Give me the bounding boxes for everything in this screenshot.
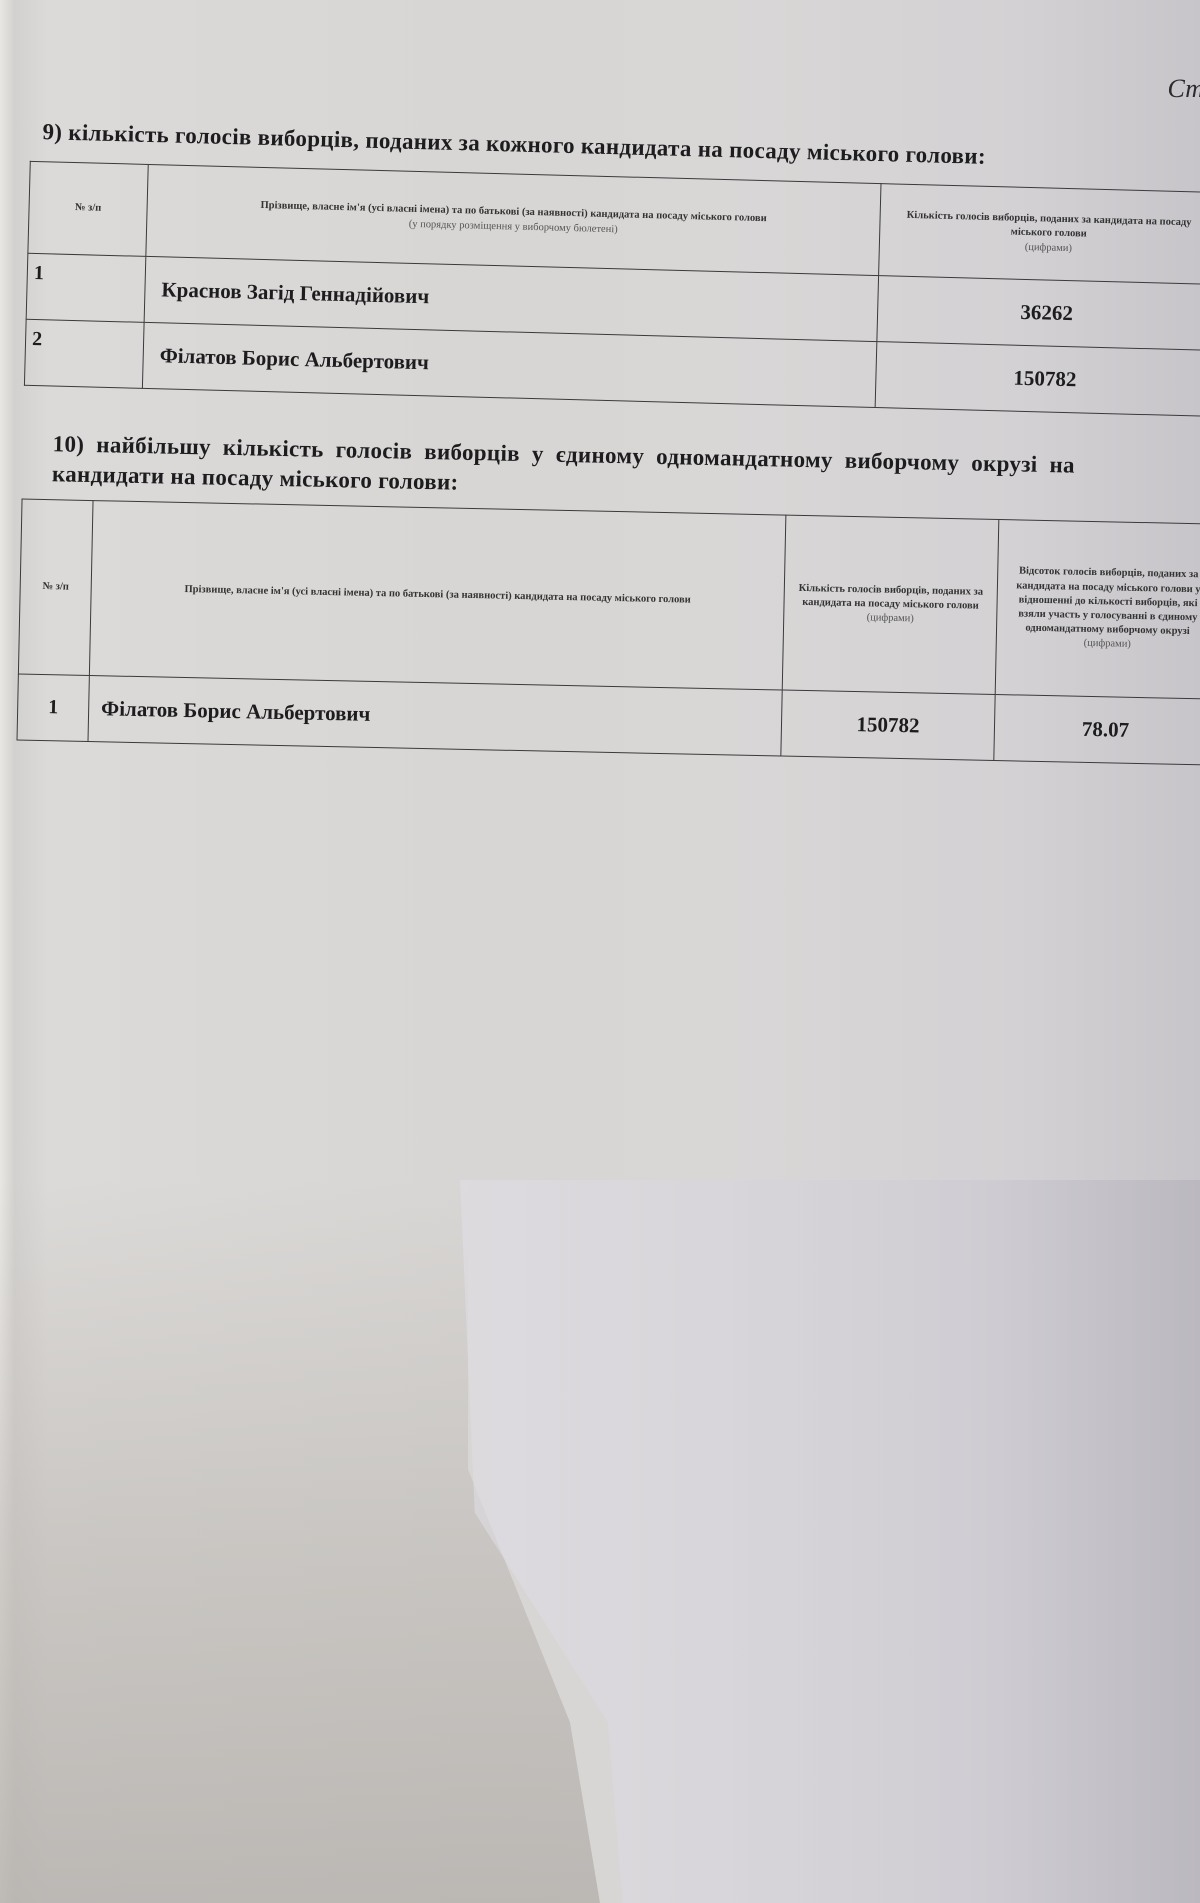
top-candidate-table: № з/п Прізвище, власне ім'я (усі власні … (16, 499, 1200, 766)
candidate-votes: 150782 (875, 342, 1200, 417)
col-votes-header-text: Кількість голосів виборців, поданих за к… (790, 581, 991, 614)
candidates-votes-table: № з/п Прізвище, власне ім'я (усі власні … (24, 161, 1200, 417)
row-number: 1 (17, 674, 89, 741)
page-marker: Ст (1168, 74, 1200, 104)
candidate-name: Філатов Борис Альбертович (88, 676, 782, 756)
candidate-percent: 78.07 (994, 694, 1200, 765)
section-9: 9) кількість голосів виборців, поданих з… (0, 0, 1200, 31)
col-votes-header: Кількість голосів виборців, поданих за к… (879, 184, 1200, 285)
section-9-heading: 9) кількість голосів виборців, поданих з… (42, 119, 986, 170)
section-10-heading-line2: кандидати на посаду міського голови: (52, 461, 459, 496)
col-percent-header: Відсоток голосів виборців, поданих за ка… (995, 520, 1200, 700)
candidate-votes: 150782 (781, 690, 995, 760)
col-percent-header-text: Відсоток голосів виборців, поданих за ка… (1003, 565, 1200, 640)
table-header-row: № з/п Прізвище, власне ім'я (усі власні … (18, 499, 1200, 699)
col-number-header: № з/п (18, 499, 93, 675)
col-name-header: Прізвище, власне ім'я (усі власні імена)… (89, 501, 786, 690)
row-number: 1 (26, 253, 146, 322)
col-number-header: № з/п (28, 161, 148, 256)
candidate-votes: 36262 (877, 276, 1200, 351)
section-10: 10) найбільшу кількість голосів виборців… (0, 0, 1200, 25)
row-number: 2 (24, 319, 144, 388)
col-votes-header: Кількість голосів виборців, поданих за к… (782, 515, 999, 694)
